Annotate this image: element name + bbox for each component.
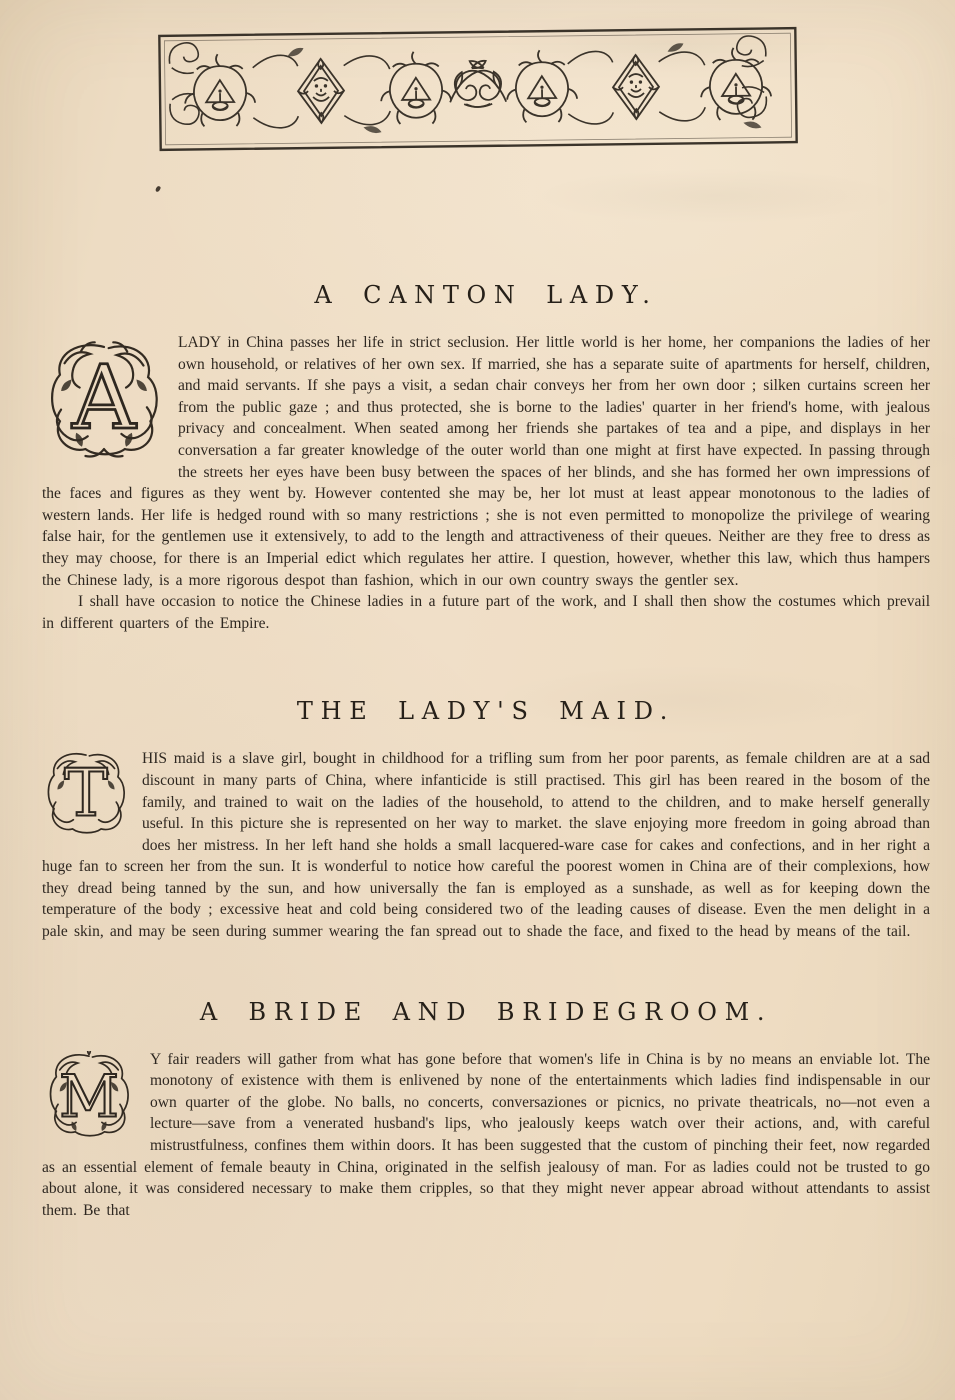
book-page: A CANTON LADY. A [0,0,955,1400]
floral-scrollwork-band-icon [157,26,798,152]
dropcap-letter: T [64,756,108,832]
ornate-initial-T-icon: T [44,750,128,834]
ornate-initial-M-icon: M [42,1051,136,1137]
section-body: Y fair readers will gather from what has… [42,1049,930,1222]
dropcap-initial-M: M [42,1051,136,1137]
text-column: A CANTON LADY. A [0,280,955,1221]
ink-speck [155,185,161,192]
section-canton-lady-paragraph: A LADY in China passes her life in stric… [42,332,930,591]
dropcap-letter: A [71,346,137,449]
dropcap-initial-A: A [46,334,162,462]
section-title-ladys-maid: THE LADY'S MAID. [42,696,930,726]
section-closing-paragraph: I shall have occasion to notice the Chin… [42,591,930,634]
section-body: LADY in China passes her life in strict … [42,332,930,591]
section-body: HIS maid is a slave girl, bought in chil… [42,748,930,942]
section-title-canton-lady: A CANTON LADY. [42,280,930,310]
section-title-bride-and-bridegroom: A BRIDE AND BRIDEGROOM. [42,997,930,1027]
ornate-initial-A-icon: A [46,334,162,462]
section-bride-paragraph: M Y fair readers will gather from what h… [42,1049,930,1222]
dropcap-letter: M [59,1062,119,1130]
headpiece-ornament [157,26,798,152]
section-ladys-maid-paragraph: T HIS maid is a slave girl, bought in ch… [42,748,930,942]
dropcap-initial-T: T [44,750,128,834]
